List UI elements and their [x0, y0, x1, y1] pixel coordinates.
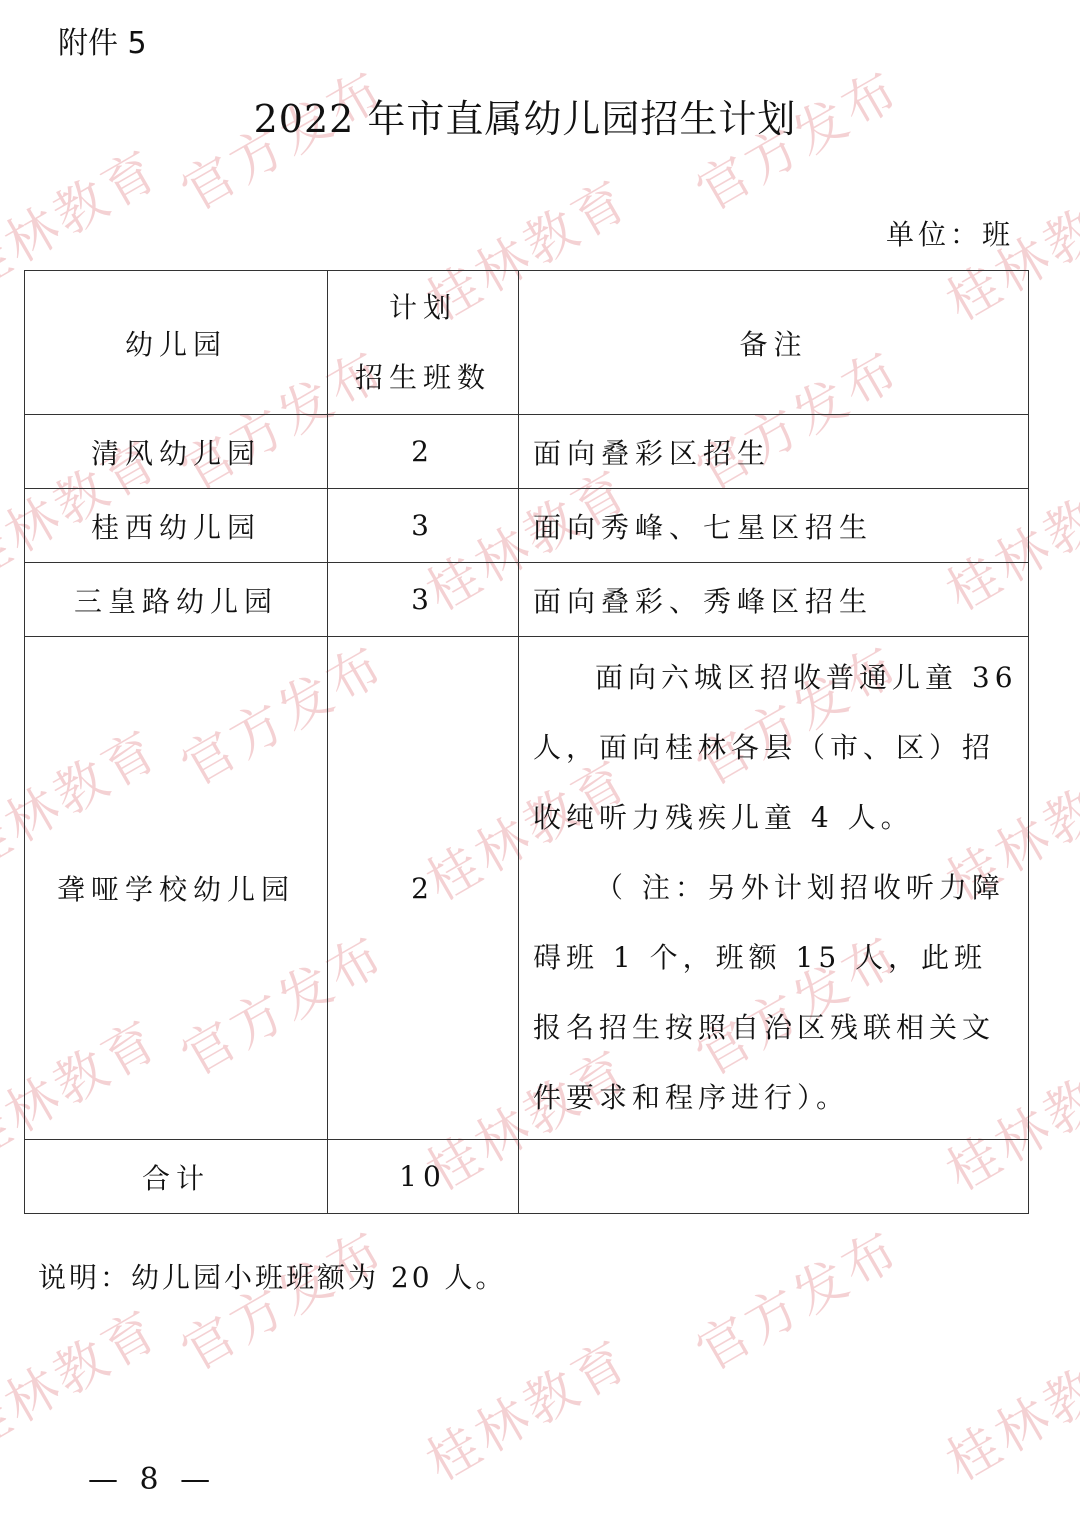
remark-paragraph-1: 面向六城区招收普通儿童 36 人，面向桂林各县（市、区）招收纯听力残疾儿童 4 …: [533, 643, 1018, 853]
page-title: 2022 年市直属幼儿园招生计划: [0, 88, 1050, 143]
document-page: 附件 5 2022 年市直属幼儿园招生计划 单位：班 幼儿园 计划 招生班数 备…: [0, 0, 1080, 1525]
header-plan-line2: 招生班数: [328, 343, 518, 413]
total-label: 合计: [25, 1140, 328, 1214]
unit-label: 单位：班: [886, 213, 1014, 253]
class-count: 2: [328, 637, 519, 1140]
remark: 面向叠彩区招生: [519, 415, 1029, 489]
enrollment-table: 幼儿园 计划 招生班数 备注 清风幼儿园 2 面向叠彩区招生 桂西幼儿园 3 面…: [24, 270, 1029, 1214]
kindergarten-name: 三皇路幼儿园: [25, 563, 328, 637]
table-row: 清风幼儿园 2 面向叠彩区招生: [25, 415, 1029, 489]
table-row: 聋哑学校幼儿园 2 面向六城区招收普通儿童 36 人，面向桂林各县（市、区）招收…: [25, 637, 1029, 1140]
kindergarten-name: 桂西幼儿园: [25, 489, 328, 563]
table-row: 桂西幼儿园 3 面向秀峰、七星区招生: [25, 489, 1029, 563]
class-count: 3: [328, 563, 519, 637]
remark: 面向叠彩、秀峰区招生: [519, 563, 1029, 637]
explanation-note: 说明：幼儿园小班班额为 20 人。: [38, 1256, 506, 1296]
header-remark: 备注: [519, 271, 1029, 415]
attachment-label: 附件 5: [58, 18, 147, 62]
total-classes: 10: [328, 1140, 519, 1214]
table-total-row: 合计 10: [25, 1140, 1029, 1214]
header-planned-classes: 计划 招生班数: [328, 271, 519, 415]
kindergarten-name: 聋哑学校幼儿园: [25, 637, 328, 1140]
remark-paragraph-2: （ 注：另外计划招收听力障碍班 1 个，班额 15 人，此班报名招生按照自治区残…: [533, 853, 1018, 1133]
table-row: 三皇路幼儿园 3 面向叠彩、秀峰区招生: [25, 563, 1029, 637]
total-remark: [519, 1140, 1029, 1214]
remark: 面向六城区招收普通儿童 36 人，面向桂林各县（市、区）招收纯听力残疾儿童 4 …: [519, 637, 1029, 1140]
remark: 面向秀峰、七星区招生: [519, 489, 1029, 563]
header-plan-line1: 计划: [328, 273, 518, 343]
kindergarten-name: 清风幼儿园: [25, 415, 328, 489]
class-count: 2: [328, 415, 519, 489]
page-number: — 8 —: [88, 1462, 216, 1497]
class-count: 3: [328, 489, 519, 563]
header-kindergarten: 幼儿园: [25, 271, 328, 415]
table-header-row: 幼儿园 计划 招生班数 备注: [25, 271, 1029, 415]
